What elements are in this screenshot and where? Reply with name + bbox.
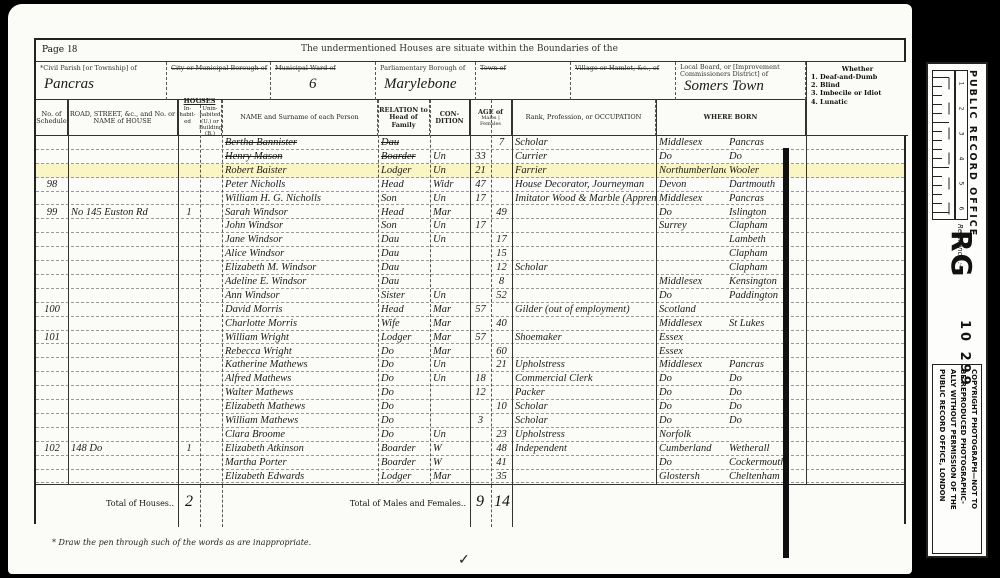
cell-age-f: 8	[491, 275, 512, 289]
cell-born-place: Wetherall	[726, 442, 806, 456]
cell-occupation: Scholar	[512, 414, 656, 428]
cell-name: Elizabeth Mathews	[222, 400, 378, 414]
cell-condition: Mar	[430, 206, 470, 220]
cell-occupation	[512, 275, 656, 289]
cell-age-m	[470, 261, 491, 275]
cell-born-place: Islington	[726, 206, 806, 220]
cell-inhabited	[178, 358, 200, 372]
col-occupation: Rank, Profession, or OCCUPATION	[512, 100, 656, 136]
cell-born-county: Glostersh	[656, 470, 726, 484]
cell-condition	[430, 400, 470, 414]
cell-age-f: 10	[491, 400, 512, 414]
cell-schedule	[36, 470, 68, 484]
cell-name: Clara Broome	[222, 428, 378, 442]
cell-occupation	[512, 317, 656, 331]
cell-occupation: Upholstress	[512, 358, 656, 372]
cell-schedule	[36, 192, 68, 206]
cell-address	[68, 136, 178, 150]
cell-inhabited	[178, 414, 200, 428]
cell-address: No 145 Euston Rd	[68, 206, 178, 220]
cell-name: Katherine Mathews	[222, 358, 378, 372]
cell-born-place: Clapham	[726, 247, 806, 261]
cell-born-place: Cockermouth	[726, 456, 806, 470]
cell-schedule	[36, 345, 68, 359]
town-cell: Town of	[476, 62, 571, 100]
cell-name: Ann Windsor	[222, 289, 378, 303]
cell-age-f	[491, 372, 512, 386]
cell-inhabited	[178, 470, 200, 484]
cell-address	[68, 414, 178, 428]
cell-age-m	[470, 289, 491, 303]
cell-age-m: 12	[470, 386, 491, 400]
cell-age-m: 21	[470, 164, 491, 178]
cell-occupation	[512, 247, 656, 261]
col-address: ROAD, STREET, &c., and No. or NAME of HO…	[68, 100, 178, 136]
cell-born-place: Pancras	[726, 358, 806, 372]
cell-condition: Widr	[430, 178, 470, 192]
cell-condition	[430, 275, 470, 289]
total-males: 9	[470, 493, 490, 511]
copyright-box: COPYRIGHT PHOTOGRAPH—NOT TO BE REPRODUCE…	[932, 364, 982, 554]
cell-born-county	[656, 247, 726, 261]
cell-born-place	[726, 331, 806, 345]
cell-address: 148 Do	[68, 442, 178, 456]
cell-schedule	[36, 275, 68, 289]
cell-born-place: Do	[726, 386, 806, 400]
cell-inhabited	[178, 136, 200, 150]
cell-age-m: 3	[470, 414, 491, 428]
cell-inhabited	[178, 303, 200, 317]
cell-age-m	[470, 233, 491, 247]
total-houses-value: 2	[178, 493, 200, 511]
cell-address	[68, 289, 178, 303]
census-page: Page18 The undermentioned Houses are sit…	[8, 4, 912, 574]
cell-condition	[430, 247, 470, 261]
cell-occupation: Packer	[512, 386, 656, 400]
cell-age-f	[491, 303, 512, 317]
cell-inhabited	[178, 275, 200, 289]
cell-address	[68, 372, 178, 386]
cell-born-county: Surrey	[656, 219, 726, 233]
cell-born-place: Do	[726, 414, 806, 428]
cell-born-place: St Lukes	[726, 317, 806, 331]
cell-relation: Do	[378, 414, 430, 428]
cell-relation: Dau	[378, 247, 430, 261]
cell-schedule	[36, 414, 68, 428]
cell-name: Martha Porter	[222, 456, 378, 470]
place-row: *Civil Parish [or Township] of Pancras C…	[36, 62, 904, 100]
cell-inhabited	[178, 233, 200, 247]
cell-age-m	[470, 400, 491, 414]
cell-inhabited	[178, 289, 200, 303]
cell-occupation: Imitator Wood & Marble (Apprentice)	[512, 192, 656, 206]
cell-address	[68, 428, 178, 442]
cell-occupation: Upholstress	[512, 428, 656, 442]
cell-inhabited	[178, 331, 200, 345]
cell-born-county: Middlesex	[656, 317, 726, 331]
cell-age-f: 12	[491, 261, 512, 275]
cell-name: Peter Nicholls	[222, 178, 378, 192]
cell-inhabited	[178, 150, 200, 164]
ward-cell: Municipal Ward of 6	[271, 62, 376, 100]
intro-text: The undermentioned Houses are situate wi…	[301, 44, 618, 54]
cell-name: Bertha Bannister	[222, 136, 378, 150]
cell-occupation: House Decorator, Journeyman	[512, 178, 656, 192]
cell-relation: Son	[378, 219, 430, 233]
total-houses-label: Total of Houses..	[56, 499, 174, 508]
cell-condition: Mar	[430, 303, 470, 317]
cell-age-m	[470, 358, 491, 372]
cell-born-county: Middlesex	[656, 136, 726, 150]
cell-schedule: 101	[36, 331, 68, 345]
cell-born-place	[726, 428, 806, 442]
cell-inhabited	[178, 345, 200, 359]
cell-born-place: Paddington	[726, 289, 806, 303]
cell-occupation	[512, 456, 656, 470]
cell-age-m	[470, 275, 491, 289]
cell-born-county: Devon	[656, 178, 726, 192]
cell-occupation	[512, 233, 656, 247]
parl-borough-cell: Parliamentary Borough of Marylebone	[376, 62, 476, 100]
cell-age-f: 21	[491, 358, 512, 372]
cell-schedule	[36, 400, 68, 414]
total-females: 14	[491, 493, 513, 511]
cell-condition: Un	[430, 164, 470, 178]
cell-condition: Un	[430, 150, 470, 164]
cell-address	[68, 247, 178, 261]
cell-occupation	[512, 219, 656, 233]
cell-occupation: Farrier	[512, 164, 656, 178]
cell-relation: Dau	[378, 261, 430, 275]
cell-inhabited	[178, 317, 200, 331]
cell-born-place: Dartmouth	[726, 178, 806, 192]
cell-occupation	[512, 206, 656, 220]
cell-born-county: Do	[656, 456, 726, 470]
cell-age-f: 60	[491, 345, 512, 359]
cell-born-county: Middlesex	[656, 192, 726, 206]
cell-born-county	[656, 261, 726, 275]
cell-relation: Do	[378, 345, 430, 359]
infirmity-legend: Whether 1. Deaf-and-Dumb 2. Blind 3. Imb…	[806, 62, 908, 136]
cell-born-place: Clapham	[726, 219, 806, 233]
copyright-text: COPYRIGHT PHOTOGRAPH—NOT TO BE REPRODUCE…	[937, 369, 979, 510]
cell-address	[68, 400, 178, 414]
cell-relation: Do	[378, 386, 430, 400]
cell-inhabited	[178, 372, 200, 386]
cell-schedule: 98	[36, 178, 68, 192]
cell-born-place: Kensington	[726, 275, 806, 289]
cell-inhabited	[178, 164, 200, 178]
cell-address	[68, 178, 178, 192]
cell-schedule	[36, 289, 68, 303]
cell-schedule	[36, 233, 68, 247]
cell-condition: Un	[430, 358, 470, 372]
cell-age-f	[491, 386, 512, 400]
cell-relation: Do	[378, 372, 430, 386]
cell-address	[68, 345, 178, 359]
cell-born-place: Pancras	[726, 136, 806, 150]
cell-name: Adeline E. Windsor	[222, 275, 378, 289]
cell-age-m	[470, 456, 491, 470]
cell-schedule: 102	[36, 442, 68, 456]
cell-schedule: 99	[36, 206, 68, 220]
cell-born-county: Essex	[656, 331, 726, 345]
cell-condition: Un	[430, 219, 470, 233]
cell-relation: Dau	[378, 233, 430, 247]
cell-born-county: Do	[656, 150, 726, 164]
cell-occupation: Scholar	[512, 136, 656, 150]
archive-title: PUBLIC RECORD OFFICE	[967, 70, 978, 237]
cell-name: William Wright	[222, 331, 378, 345]
cell-address	[68, 164, 178, 178]
village-cell: Village or Hamlet, &c., of	[571, 62, 676, 100]
cell-relation: Son	[378, 192, 430, 206]
cell-schedule	[36, 136, 68, 150]
cell-name: Walter Mathews	[222, 386, 378, 400]
civil-parish-value: Pancras	[40, 76, 162, 93]
cell-born-place	[726, 303, 806, 317]
cell-inhabited	[178, 192, 200, 206]
civil-parish-cell: *Civil Parish [or Township] of Pancras	[36, 62, 167, 100]
cell-born-county: Do	[656, 289, 726, 303]
cell-born-place: Do	[726, 400, 806, 414]
cell-address	[68, 317, 178, 331]
cell-condition: Un	[430, 372, 470, 386]
cell-age-f: 23	[491, 428, 512, 442]
cell-born-county: Do	[656, 414, 726, 428]
cell-age-f: 49	[491, 206, 512, 220]
cell-born-county	[656, 233, 726, 247]
cell-schedule	[36, 358, 68, 372]
cell-condition: Un	[430, 289, 470, 303]
cell-relation: Wife	[378, 317, 430, 331]
cell-inhabited: 1	[178, 206, 200, 220]
cell-address	[68, 331, 178, 345]
cell-age-m	[470, 247, 491, 261]
cell-occupation: Gilder (out of employment)	[512, 303, 656, 317]
cell-address	[68, 303, 178, 317]
ruler-icon	[932, 70, 956, 220]
col-schedule: No. of Schedule	[36, 100, 68, 136]
cell-age-f: 35	[491, 470, 512, 484]
cell-occupation: Scholar	[512, 400, 656, 414]
cell-occupation: Scholar	[512, 261, 656, 275]
cell-occupation: Currier	[512, 150, 656, 164]
local-board-value: Somers Town	[680, 78, 801, 95]
cell-relation: Lodger	[378, 470, 430, 484]
col-relation: RELATION to Head of Family	[378, 100, 430, 136]
cell-age-m: 17	[470, 192, 491, 206]
cell-address	[68, 386, 178, 400]
cell-occupation: Commercial Clerk	[512, 372, 656, 386]
cell-age-m: 18	[470, 372, 491, 386]
page-header: Page18 The undermentioned Houses are sit…	[36, 40, 904, 62]
cell-relation: Do	[378, 400, 430, 414]
cell-inhabited	[178, 400, 200, 414]
cell-born-place: Wooler	[726, 164, 806, 178]
cell-age-m	[470, 345, 491, 359]
cell-name: Rebecca Wright	[222, 345, 378, 359]
local-board-cell: Local Board, or [Improvement Commissione…	[676, 62, 806, 100]
cell-relation: Boarder	[378, 456, 430, 470]
total-mf-label: Total of Males and Females..	[266, 499, 466, 508]
cell-name: John Windsor	[222, 219, 378, 233]
cell-condition	[430, 386, 470, 400]
cell-relation: Head	[378, 303, 430, 317]
cell-age-f: 17	[491, 233, 512, 247]
cell-born-place: Clapham	[726, 261, 806, 275]
cell-schedule: 100	[36, 303, 68, 317]
cell-condition: Mar	[430, 317, 470, 331]
cell-born-county: Do	[656, 400, 726, 414]
cell-age-f: 40	[491, 317, 512, 331]
cell-condition	[430, 136, 470, 150]
cell-condition: Un	[430, 428, 470, 442]
cell-occupation	[512, 470, 656, 484]
cell-born-county: Do	[656, 372, 726, 386]
cell-age-f: 52	[491, 289, 512, 303]
cell-age-m	[470, 317, 491, 331]
cell-born-county: Do	[656, 386, 726, 400]
cell-schedule	[36, 219, 68, 233]
cell-age-f	[491, 164, 512, 178]
cell-inhabited: 1	[178, 442, 200, 456]
cell-condition: Un	[430, 192, 470, 206]
cell-relation: Do	[378, 358, 430, 372]
cell-relation: Sister	[378, 289, 430, 303]
cell-born-place: Lambeth	[726, 233, 806, 247]
cell-condition: Mar	[430, 345, 470, 359]
cell-name: William H. G. Nicholls	[222, 192, 378, 206]
cell-address	[68, 233, 178, 247]
cell-age-f: 15	[491, 247, 512, 261]
cell-age-f	[491, 219, 512, 233]
footnote: * Draw the pen through such of the words…	[52, 538, 311, 547]
cell-relation: Dau	[378, 275, 430, 289]
cell-occupation: Independent	[512, 442, 656, 456]
cell-name: Robert Baister	[222, 164, 378, 178]
cell-age-m: 33	[470, 150, 491, 164]
cell-name: Elizabeth M. Windsor	[222, 261, 378, 275]
totals-row: Total of Houses.. 2 Total of Males and F…	[36, 484, 904, 526]
cell-occupation	[512, 345, 656, 359]
cell-schedule	[36, 317, 68, 331]
cell-name: William Mathews	[222, 414, 378, 428]
cell-relation: Dau	[378, 136, 430, 150]
cell-age-f	[491, 414, 512, 428]
cell-condition	[430, 261, 470, 275]
ruler-numbers: 1 2 3 4 5 6	[954, 70, 968, 220]
cell-condition: W	[430, 442, 470, 456]
cell-born-county: Essex	[656, 345, 726, 359]
cell-relation: Boarder	[378, 442, 430, 456]
cell-name: Charlotte Morris	[222, 317, 378, 331]
cell-relation: Head	[378, 178, 430, 192]
cell-born-county: Do	[656, 206, 726, 220]
cell-age-m	[470, 428, 491, 442]
cell-name: Jane Windsor	[222, 233, 378, 247]
cell-age-m	[470, 470, 491, 484]
cell-age-f	[491, 331, 512, 345]
cell-age-m: 57	[470, 303, 491, 317]
cell-name: David Morris	[222, 303, 378, 317]
cell-schedule	[36, 456, 68, 470]
cell-schedule	[36, 386, 68, 400]
cell-age-m: 57	[470, 331, 491, 345]
cell-name: Elizabeth Atkinson	[222, 442, 378, 456]
cell-inhabited	[178, 456, 200, 470]
archive-label: 1 2 3 4 5 6 PUBLIC RECORD OFFICE Referen…	[926, 62, 988, 558]
cell-relation: Do	[378, 428, 430, 442]
cell-name: Alice Windsor	[222, 247, 378, 261]
cell-name: Henry Mason	[222, 150, 378, 164]
cell-schedule	[36, 428, 68, 442]
cell-born-place: Do	[726, 372, 806, 386]
cell-age-m	[470, 442, 491, 456]
cell-born-county: Northumberland	[656, 164, 726, 178]
cell-age-m: 17	[470, 219, 491, 233]
cell-age-m	[470, 206, 491, 220]
cell-address	[68, 219, 178, 233]
cell-schedule	[36, 247, 68, 261]
cell-inhabited	[178, 247, 200, 261]
cell-address	[68, 275, 178, 289]
cell-born-place: Cheltenham	[726, 470, 806, 484]
cell-relation: Boarder	[378, 150, 430, 164]
cell-age-f	[491, 150, 512, 164]
cell-age-m: 47	[470, 178, 491, 192]
reference-code: RG	[945, 230, 978, 279]
cell-address	[68, 261, 178, 275]
cell-inhabited	[178, 178, 200, 192]
cell-name: Elizabeth Edwards	[222, 470, 378, 484]
ward-value: 6	[275, 76, 371, 93]
cell-age-f: 41	[491, 456, 512, 470]
cell-condition: Mar	[430, 331, 470, 345]
cell-name: Sarah Windsor	[222, 206, 378, 220]
cell-condition: W	[430, 456, 470, 470]
cell-age-f	[491, 192, 512, 206]
cell-inhabited	[178, 386, 200, 400]
cell-born-place: Do	[726, 150, 806, 164]
cell-inhabited	[178, 428, 200, 442]
cell-born-county: Scotland	[656, 303, 726, 317]
cell-inhabited	[178, 261, 200, 275]
cell-address	[68, 192, 178, 206]
cell-schedule	[36, 164, 68, 178]
cell-born-county: Cumberland	[656, 442, 726, 456]
cell-occupation: Shoemaker	[512, 331, 656, 345]
cell-age-f	[491, 178, 512, 192]
cell-address	[68, 358, 178, 372]
cell-relation: Lodger	[378, 164, 430, 178]
cell-born-county: Norfolk	[656, 428, 726, 442]
cell-born-county: Middlesex	[656, 275, 726, 289]
col-condition: CON-DITION	[430, 100, 470, 136]
city-cell: City or Municipal Borough of	[167, 62, 271, 100]
cell-name: Alfred Mathews	[222, 372, 378, 386]
cell-schedule	[36, 150, 68, 164]
cell-address	[68, 456, 178, 470]
cell-born-place	[726, 345, 806, 359]
cell-inhabited	[178, 219, 200, 233]
cell-address	[68, 470, 178, 484]
cell-relation: Lodger	[378, 331, 430, 345]
check-mark-icon: ✓	[458, 552, 470, 568]
census-form: Page18 The undermentioned Houses are sit…	[34, 38, 906, 524]
parl-borough-value: Marylebone	[380, 76, 471, 93]
cell-condition: Un	[430, 233, 470, 247]
